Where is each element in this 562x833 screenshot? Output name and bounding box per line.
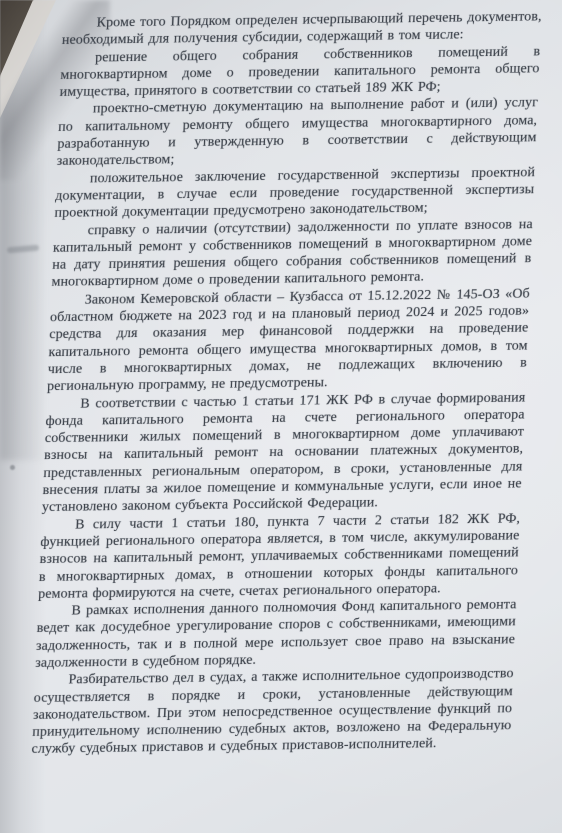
paragraph: справку о наличии (отсутствии) задолженн… [51,216,533,292]
paragraph: решение общего собрания собственников по… [59,43,540,102]
paragraph: Законом Кемеровской области – Кузбасса о… [47,285,530,395]
paragraph: Разбирательство дел в судах, а также исп… [31,666,514,759]
paragraph: В силу части 1 статьи 180, пункта 7 част… [38,510,521,603]
paragraph: проектно-сметную документацию на выполне… [56,95,538,171]
document-photo: Кроме того Порядком определен исчерпываю… [0,0,562,833]
paragraph: В соответствии с частью 1 статьи 171 ЖК … [42,389,526,517]
paper-speck [10,465,15,470]
paragraph: В рамках исполнения данного полномочия Ф… [35,596,517,672]
document-text: Кроме того Порядком определен исчерпываю… [31,8,542,758]
paragraph: положительное заключение государственной… [54,164,535,223]
